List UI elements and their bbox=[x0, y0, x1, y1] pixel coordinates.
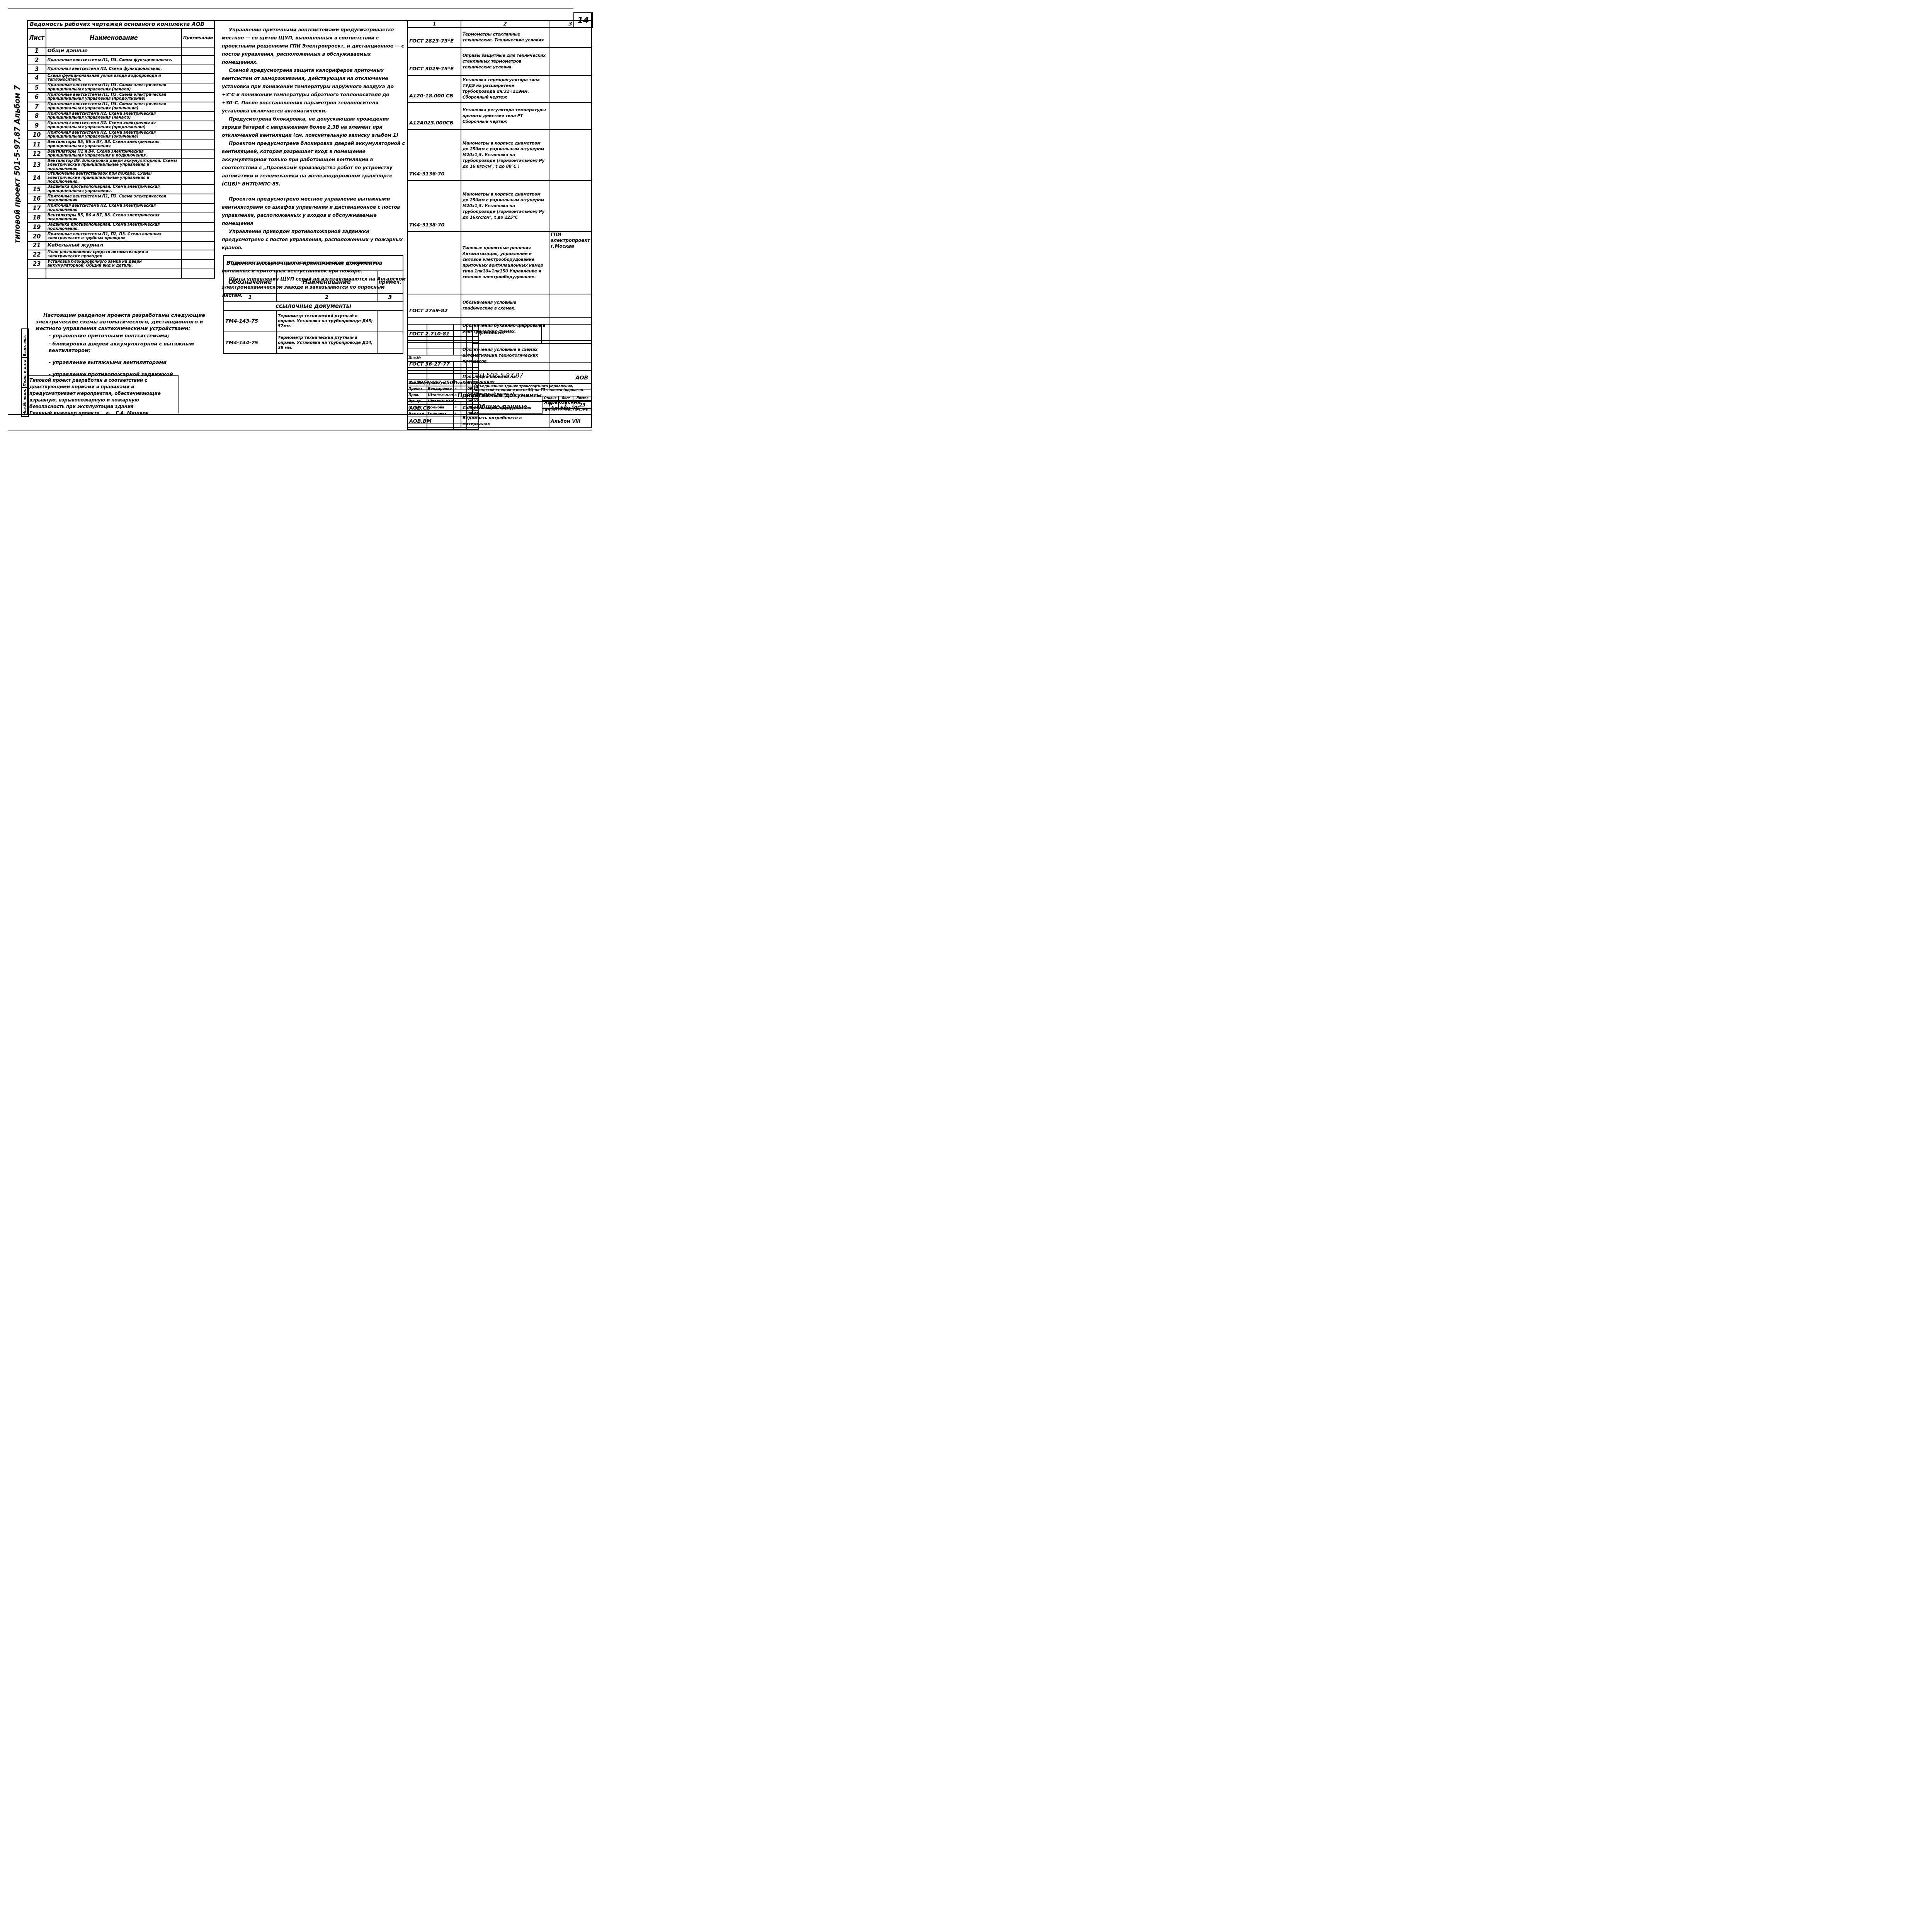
sheet-row: 2Приточные вентсистемы П1, П3. Схема фун… bbox=[27, 56, 214, 65]
ref-row: ГОСТ 3029-75*ЕОправы защитные для технич… bbox=[408, 48, 592, 75]
sheet-row: 22План расположения средств автоматизаци… bbox=[27, 250, 214, 260]
ref-note bbox=[549, 180, 592, 231]
paragraph: Проектом предусмотрено местное управлени… bbox=[222, 195, 406, 227]
col-index: 2 bbox=[276, 293, 377, 302]
signer-row: Нач.отд.Голодник✍09.87 bbox=[408, 411, 479, 417]
building-title: Объединенное здание транспортного управл… bbox=[474, 384, 584, 396]
signer-name: Бондаренко bbox=[427, 386, 454, 392]
signature-row: Главный инженер проекта ✍ Г.А. Машков bbox=[29, 410, 175, 417]
sheet-number: 23 bbox=[27, 259, 46, 269]
sheet-list-table: Ведомость рабочих чертежей основного ком… bbox=[27, 20, 215, 279]
ref-code: ТК4-3136-70 bbox=[408, 129, 461, 180]
sheet-note bbox=[182, 172, 214, 185]
col-name: Наименование bbox=[276, 271, 377, 293]
building-title-cell: Объединенное здание транспортного управл… bbox=[472, 383, 592, 396]
sheet-row: 13Вентилятор В9. Блокировка двери аккуму… bbox=[27, 159, 214, 172]
ref-note bbox=[549, 129, 592, 180]
sheet-name: Приточные вентсистемы П1, П3. Схема элек… bbox=[46, 194, 182, 204]
sheet-note bbox=[182, 241, 214, 250]
ref-code: ТМ4-144-75 bbox=[224, 332, 276, 354]
sheet-name: Вентиляторы П1 и В4. Схема электрическая… bbox=[46, 149, 182, 159]
sheet-name: Приточная вентсистема П2. Схема электрич… bbox=[46, 121, 182, 131]
sheet-row: 9Приточная вентсистема П2. Схема электри… bbox=[27, 121, 214, 131]
col-index: 2 bbox=[461, 20, 549, 27]
sheet-row: 19Задвижка противопожарная. Схема электр… bbox=[27, 223, 214, 232]
sheet-number: 15 bbox=[27, 185, 46, 194]
ref-row: ГОСТ 2823-73*ЕТермометры стеклянные техн… bbox=[408, 27, 592, 48]
col-index: 1 bbox=[408, 20, 461, 27]
signer-role: Проект bbox=[408, 386, 427, 392]
sheet-number: 21 bbox=[27, 241, 46, 250]
sheet-note bbox=[182, 47, 214, 56]
sheet-note bbox=[182, 250, 214, 260]
sheet-number: 11 bbox=[27, 140, 46, 150]
hdr-change: Изм.Лист bbox=[408, 380, 427, 386]
col-index: 3 bbox=[549, 20, 592, 27]
sheet-row bbox=[27, 269, 214, 279]
sheet-note bbox=[182, 149, 214, 159]
signer-name: Голодник bbox=[427, 411, 454, 417]
sheet-note bbox=[182, 140, 214, 150]
sheet-list-body: 1Общи данные2Приточные вентсистемы П1, П… bbox=[27, 47, 214, 279]
sheet-row: 20Приточные вентсистемы П1, П2, П3. Схем… bbox=[27, 232, 214, 241]
sheet-number: 9 bbox=[27, 121, 46, 131]
sheet-row: 16Приточные вентсистемы П1, П3. Схема эл… bbox=[27, 194, 214, 204]
sheet-number: 7 bbox=[27, 102, 46, 112]
sheet-row: 3Приточная вентсистема П2. Схема функцио… bbox=[27, 65, 214, 73]
sheet-number: 10 bbox=[27, 130, 46, 140]
trim-bottom bbox=[8, 430, 592, 430]
ref-row: ТК4-3138-70Манометры в корпусе диаметром… bbox=[408, 180, 592, 231]
signature-icon: ✍ bbox=[454, 386, 467, 392]
signature-icon: ✍ bbox=[454, 411, 467, 417]
sheet-name: Вентиляторы В5, В6 и В7, В8. Схема элект… bbox=[46, 140, 182, 150]
sheet-number: 2 bbox=[27, 56, 46, 65]
sheet-number: 19 bbox=[27, 223, 46, 232]
ref-name: Установка регулятора температуры прямого… bbox=[461, 102, 549, 129]
ref-name: Термометр технический ртутный в оправе. … bbox=[276, 332, 377, 354]
sheet-note bbox=[182, 185, 214, 194]
col-note: примеч. bbox=[377, 271, 403, 293]
signature-icon: ✍ bbox=[454, 405, 467, 411]
col-code: Обозначение bbox=[224, 271, 276, 293]
ref-row: А120-18.000 СБУстановка терморегулятора … bbox=[408, 75, 592, 102]
ref-note bbox=[377, 310, 403, 332]
sheet-row: 18Вентиляторы В5, В6 и В7, В8. Схема эле… bbox=[27, 213, 214, 223]
paragraph: Проектом предусмотрена блокировка дверей… bbox=[222, 139, 406, 188]
paragraph: Управление приводом противопожарной задв… bbox=[222, 227, 406, 252]
attached-note: Альбом VIII bbox=[549, 415, 592, 428]
sheet-title-cell: Общие данные bbox=[472, 396, 543, 414]
org-city: Харьковский bbox=[544, 400, 581, 405]
ref-row: ГОСТ 2759-82Обозначения условные графиче… bbox=[408, 294, 592, 317]
sheet-row: 8Приточная вентсистема П2. Схема электри… bbox=[27, 111, 214, 121]
col-note: Примечание bbox=[182, 29, 214, 47]
sheet-name: Приточная вентсистема П2. Схема электрич… bbox=[46, 204, 182, 213]
album-stamp: типовой проект 501-5-97.87 Альбом 7 bbox=[11, 66, 26, 243]
bound-value-cell bbox=[541, 324, 592, 344]
sheet-row: 21Кабельный журнал bbox=[27, 241, 214, 250]
sheet-row: 6Приточные вентсистемы П1; П3. Схема эле… bbox=[27, 92, 214, 102]
ref-code: А120-18.000 СБ bbox=[408, 75, 461, 102]
sheet-name: План расположения средств автоматизации … bbox=[46, 250, 182, 260]
sheet-row: 23Установка блокировочного замка на двер… bbox=[27, 259, 214, 269]
compliance-note: Типовой проект разработан в соответствии… bbox=[27, 375, 179, 413]
sheet-name: Приточные вентсистемы П1; П3. Схема элек… bbox=[46, 83, 182, 93]
ref-name: Термометры стеклянные технические. Техни… bbox=[461, 27, 549, 48]
signer-name: Штопельман bbox=[427, 398, 454, 405]
sheet-number: 22 bbox=[27, 250, 46, 260]
sheet-name: Задвижка противопожарная. Схема электрич… bbox=[46, 223, 182, 232]
sheet-name: Задвижка противопожарная. Схема электрич… bbox=[46, 185, 182, 194]
ref-code: ГОСТ 2823-73*Е bbox=[408, 27, 461, 48]
sheet-row: 14Отключение вентустановок при пожаре. С… bbox=[27, 172, 214, 185]
sheet-note bbox=[182, 121, 214, 131]
signer-role: Нач.отд. bbox=[408, 411, 427, 417]
reference-documents-table: Ведомость ссылочных и прилагаемых докуме… bbox=[223, 255, 403, 354]
sheet-row: 11Вентиляторы В5, В6 и В7, В8. Схема эле… bbox=[27, 140, 214, 150]
ref-note bbox=[549, 48, 592, 75]
blank-cell bbox=[472, 343, 592, 363]
sheet-note bbox=[182, 204, 214, 213]
sheet-row: 5Приточные вентсистемы П1; П3. Схема эле… bbox=[27, 83, 214, 93]
ref-note bbox=[549, 294, 592, 317]
col-name: Наименование bbox=[46, 29, 182, 47]
sheet-name: Вентилятор В9. Блокировка двери аккумуля… bbox=[46, 159, 182, 172]
paragraph: Схемой предусмотрена защита калориферов … bbox=[222, 66, 406, 115]
sheet-title: Общие данные bbox=[477, 403, 527, 410]
margin-cell: Взам. инв. bbox=[22, 329, 28, 358]
ref-code: ТК4-3138-70 bbox=[408, 180, 461, 231]
chief-engineer-label: Главный инженер проекта bbox=[29, 410, 100, 417]
sheet-name: Приточные вентсистемы П1, П3. Схема элек… bbox=[46, 102, 182, 112]
sheet-note bbox=[182, 83, 214, 93]
chief-engineer-signature-icon: ✍ bbox=[106, 410, 110, 417]
paragraph: Управление приточными вентсистемами пред… bbox=[222, 26, 406, 66]
sheet-number: 16 bbox=[27, 194, 46, 204]
signer-name: Волкова bbox=[427, 405, 454, 411]
scope-list: - управление приточными вентсистемами; -… bbox=[36, 333, 206, 378]
ref-code: А12А023.000СБ bbox=[408, 102, 461, 129]
ref-row: ТК4-3136-70Манометры в корпусе диаметром… bbox=[408, 129, 592, 180]
sheet-note bbox=[182, 213, 214, 223]
margin-label: Взам. инв. bbox=[23, 335, 27, 356]
bound-cell: Привязан: bbox=[472, 324, 542, 344]
sheet-note bbox=[182, 194, 214, 204]
inv-label: Инв.№ bbox=[408, 355, 479, 361]
ref-name: Обозначения условные графические в схема… bbox=[461, 294, 549, 317]
sheet-note bbox=[182, 159, 214, 172]
ref-name: Оправы защитные для технических стеклянн… bbox=[461, 48, 549, 75]
sheet-number: 13 bbox=[27, 159, 46, 172]
sheet-name bbox=[46, 269, 182, 279]
ref-code: ГОСТ 3029-75*Е bbox=[408, 48, 461, 75]
compliance-text: Типовой проект разработан в соответствии… bbox=[29, 377, 175, 410]
ref-name: Манометры в корпусе диаметром до 250мм с… bbox=[461, 129, 549, 180]
section-ref-docs: ссылочные документы bbox=[224, 302, 403, 310]
ref-name: Термометр технический ртутный в оправе. … bbox=[276, 310, 377, 332]
sheet-number: 20 bbox=[27, 232, 46, 241]
sheet-note bbox=[182, 232, 214, 241]
paragraph: Предусмотрена блокировка, не допускающая… bbox=[222, 115, 406, 139]
col-sheet: Лист bbox=[27, 29, 46, 47]
ref-note: ГПИ электропроект г.Москва bbox=[549, 231, 592, 294]
sheet-name: Вентиляторы В5, В6 и В7, В8. Схема элект… bbox=[46, 213, 182, 223]
sheet-note bbox=[182, 269, 214, 279]
sheet-name: Установка блокировочного замка на двери … bbox=[46, 259, 182, 269]
revision-grid: Инв.№ Изм.Лист № докум. Подп. Дата Проек… bbox=[407, 324, 479, 430]
bound-label: Привязан: bbox=[476, 330, 505, 336]
ref-code bbox=[408, 231, 461, 294]
signer-row: Рук.гр.Штопельман✍09.87 bbox=[408, 398, 479, 405]
margin-label: Инв.№ подл. bbox=[23, 389, 27, 415]
sheet-row: 10Приточная вентсистема П2. Схема электр… bbox=[27, 130, 214, 140]
ref-note bbox=[549, 102, 592, 129]
sheet-row: 1Общи данные bbox=[27, 47, 214, 56]
sheet-row: 15Задвижка противопожарная. Схема электр… bbox=[27, 185, 214, 194]
margin-cell: Инв.№ подл. bbox=[22, 387, 28, 415]
sheet-number: 8 bbox=[27, 111, 46, 121]
signers-body: ПроектБондаренко✍09.87Пров.Штопельман✍09… bbox=[408, 386, 479, 417]
scope-item: - управление приточными вентсистемами; bbox=[49, 333, 206, 339]
scope-item: - управление вытяжными вентиляторами bbox=[49, 359, 206, 366]
signer-name: Штопельман bbox=[427, 392, 454, 398]
sheet-note bbox=[182, 56, 214, 65]
project-code-cell: ТП 501-5-97.87 АОВ bbox=[472, 362, 592, 384]
sheet-row: 12Вентиляторы П1 и В4. Схема электрическ… bbox=[27, 149, 214, 159]
sheet-name: Приточные вентсистемы П1, П2, П3. Схема … bbox=[46, 232, 182, 241]
sheet-name: Кабельный журнал bbox=[46, 241, 182, 250]
margin-cell: Подп. и дата bbox=[22, 357, 28, 388]
sheet-note bbox=[182, 259, 214, 269]
ref-note bbox=[549, 75, 592, 102]
sheet-number: 1 bbox=[27, 47, 46, 56]
scope-text: Настоящим разделом проекта разработаны с… bbox=[36, 312, 206, 379]
signer-role: Рук.гр. bbox=[408, 398, 427, 405]
sheet-row: 7Приточные вентсистемы П1, П3. Схема эле… bbox=[27, 102, 214, 112]
hdr-doc-no: № докум. bbox=[427, 380, 454, 386]
ref-name: Манометры в корпусе диаметром до 250мм с… bbox=[461, 180, 549, 231]
scope-item: - блокировка дверей аккумуляторной с выт… bbox=[49, 341, 206, 354]
sheet-row: 17Приточная вентсистема П2. Схема электр… bbox=[27, 204, 214, 213]
sheet-number: 4 bbox=[27, 73, 46, 83]
ref-note bbox=[377, 332, 403, 354]
sheet-row: 4Схема функциональная узлов ввода водопр… bbox=[27, 73, 214, 83]
sheet-name: Отключение вентустановок при пожаре. Схе… bbox=[46, 172, 182, 185]
signature-icon: ✍ bbox=[454, 392, 467, 398]
org-name: ПРОМТРАНСПРОЕКТ bbox=[543, 406, 591, 412]
hdr-sign: Подп. bbox=[454, 380, 467, 386]
set-code: АОВ bbox=[575, 375, 588, 381]
top-border bbox=[8, 9, 573, 9]
sheet-number bbox=[27, 269, 46, 279]
sheet-number: 17 bbox=[27, 204, 46, 213]
sheet-note bbox=[182, 65, 214, 73]
sheet-name: Схема функциональная узлов ввода водопро… bbox=[46, 73, 182, 83]
signer-row: Пров.Штопельман✍09.87 bbox=[408, 392, 479, 398]
sheet-note bbox=[182, 111, 214, 121]
sheet-number: 5 bbox=[27, 83, 46, 93]
ref-name: Установка терморегулятора типа ТУДЭ на р… bbox=[461, 75, 549, 102]
sheet-number: 6 bbox=[27, 92, 46, 102]
sheet-name: Общи данные bbox=[46, 47, 182, 56]
ref-row: Типовые проектные решения Автоматизация,… bbox=[408, 231, 592, 294]
margin-label: Подп. и дата bbox=[23, 360, 27, 386]
chief-engineer-name: Г.А. Машков bbox=[116, 410, 149, 417]
ref-note bbox=[549, 27, 592, 48]
sheet-note bbox=[182, 223, 214, 232]
sheet-name: Приточные вентсистемы П1, П3. Схема функ… bbox=[46, 56, 182, 65]
sheet-name: Приточная вентсистема П2. Схема электрич… bbox=[46, 130, 182, 140]
album-stamp-text: типовой проект 501-5-97.87 Альбом 7 bbox=[13, 66, 22, 243]
signature-icon: ✍ bbox=[454, 398, 467, 405]
sheet-note bbox=[182, 73, 214, 83]
sheet-note bbox=[182, 102, 214, 112]
sheet-number: 18 bbox=[27, 213, 46, 223]
sheet-name: Приточная вентсистема П2. Схема электрич… bbox=[46, 111, 182, 121]
signer-row: ПроектБондаренко✍09.87 bbox=[408, 386, 479, 392]
project-code: ТП 501-5-97.87 bbox=[476, 372, 523, 379]
col-index: 1 bbox=[224, 293, 276, 302]
sheet-name: Приточные вентсистемы П1; П3. Схема элек… bbox=[46, 92, 182, 102]
margin-stamp: Взам. инв. Подп. и дата Инв.№ подл. bbox=[21, 328, 29, 417]
signer-role: Н.конт. bbox=[408, 405, 427, 411]
sheet-note bbox=[182, 130, 214, 140]
sheet-list-title: Ведомость рабочих чертежей основного ком… bbox=[27, 20, 214, 29]
sheet-note bbox=[182, 92, 214, 102]
ref-code: ТМ4-143-75 bbox=[224, 310, 276, 332]
sheet-number: 14 bbox=[27, 172, 46, 185]
ref-table-title: Ведомость ссылочных и прилагаемых докуме… bbox=[224, 255, 403, 271]
signer-row: Н.конт.Волкова✍09.87 bbox=[408, 405, 479, 411]
ref-code: ГОСТ 2759-82 bbox=[408, 294, 461, 317]
col-index: 3 bbox=[377, 293, 403, 302]
sheet-name: Приточная вентсистема П2. Схема функцион… bbox=[46, 65, 182, 73]
signer-role: Пров. bbox=[408, 392, 427, 398]
scope-intro: Настоящим разделом проекта разработаны с… bbox=[36, 312, 206, 332]
ref-row: А12А023.000СБУстановка регулятора темпер… bbox=[408, 102, 592, 129]
ref-name: Типовые проектные решения Автоматизация,… bbox=[461, 231, 549, 294]
sheet-number: 3 bbox=[27, 65, 46, 73]
sheet-number: 12 bbox=[27, 149, 46, 159]
